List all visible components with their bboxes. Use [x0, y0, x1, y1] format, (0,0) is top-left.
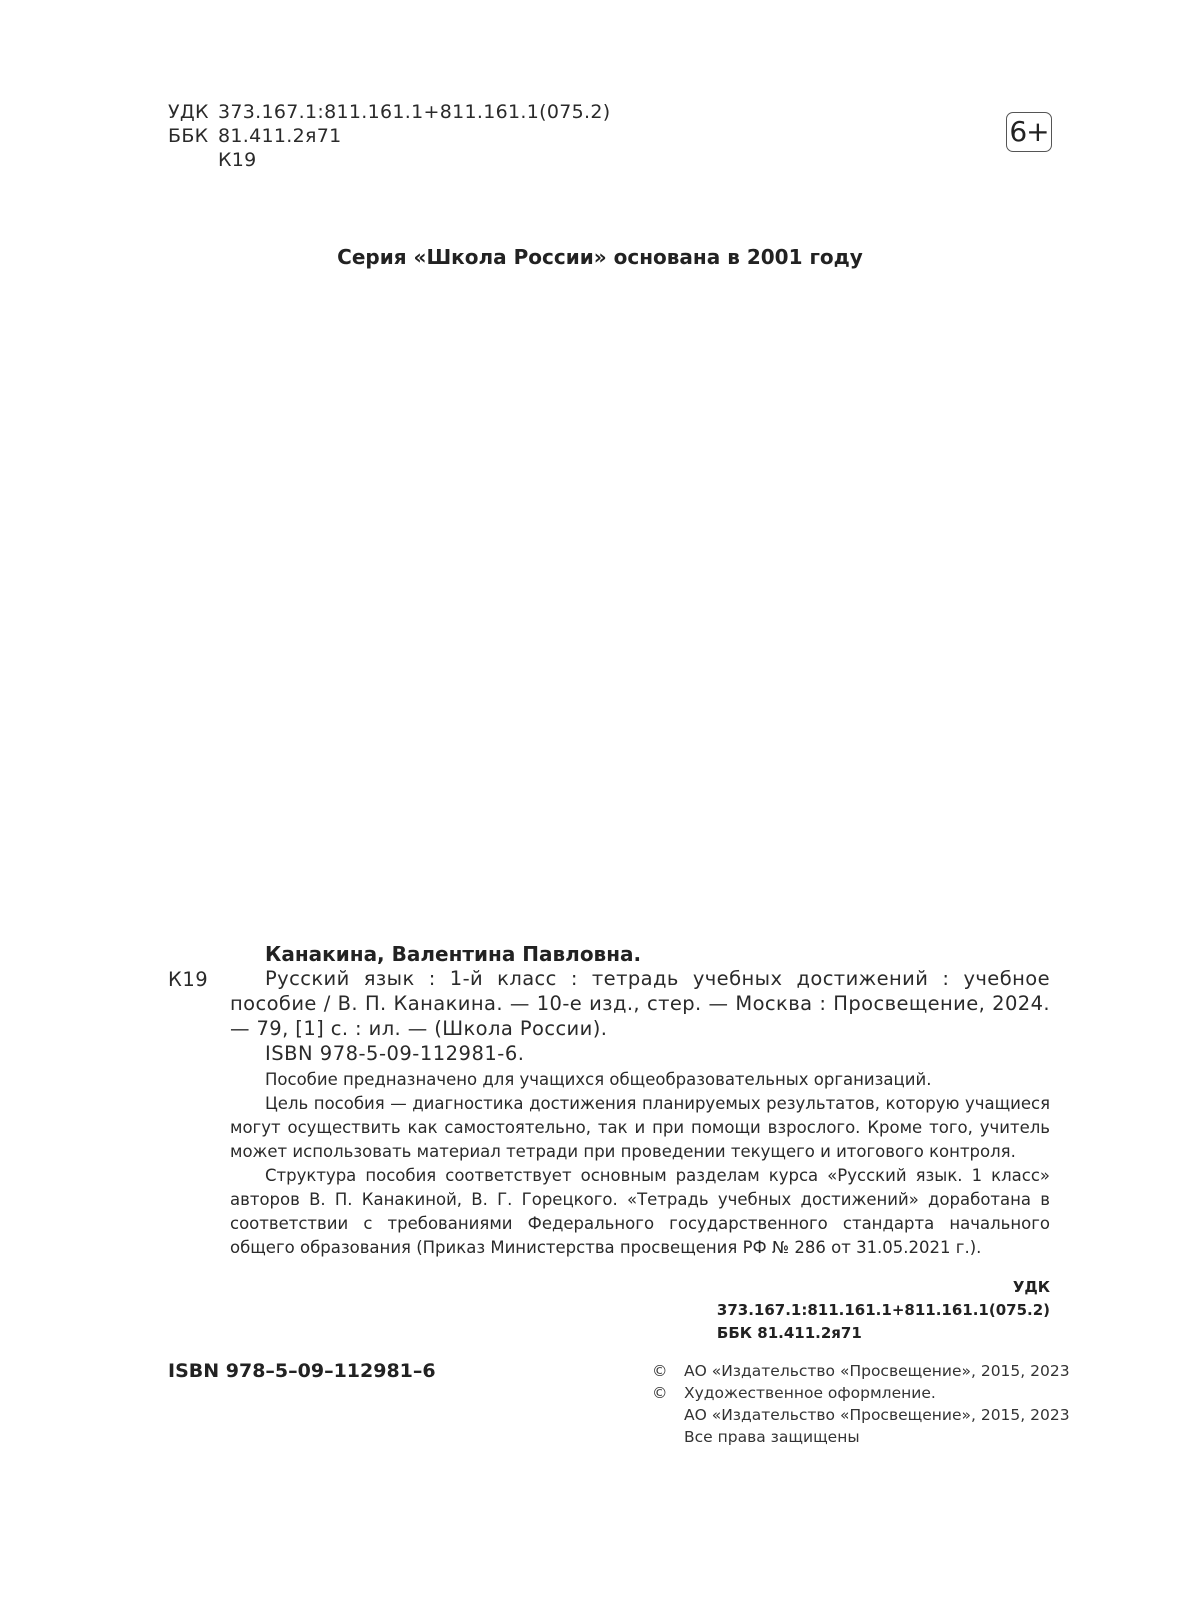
catalog-isbn: ISBN 978-5-09-112981-6.	[265, 1042, 524, 1065]
author-mark: К19	[218, 148, 257, 172]
catalog-bbk: ББК 81.411.2я71	[680, 1322, 1050, 1345]
copyright-line: © Художественное оформление.	[652, 1382, 1070, 1404]
copyright-line: Все права защищены	[652, 1426, 1070, 1448]
copyright-line: АО «Издательство «Просвещение», 2015, 20…	[652, 1404, 1070, 1426]
copyright-block: © АО «Издательство «Просвещение», 2015, …	[652, 1360, 1070, 1448]
classification-codes: УДК 373.167.1:811.161.1+811.161.1(075.2)…	[168, 100, 610, 172]
age-rating-badge: 6+	[1006, 112, 1052, 152]
footer-isbn: ISBN 978–5–09–112981–6	[168, 1360, 436, 1382]
bibliographic-description: Русский язык : 1-й класс : тетрадь учебн…	[230, 966, 1050, 1041]
udk-label: УДК	[168, 100, 218, 124]
udk-row: УДК 373.167.1:811.161.1+811.161.1(075.2)	[168, 100, 610, 124]
catalog-author: Канакина, Валентина Павловна.	[265, 942, 641, 966]
copyright-icon: ©	[652, 1382, 684, 1404]
catalog-codes: УДК 373.167.1:811.161.1+811.161.1(075.2)…	[680, 1276, 1050, 1345]
catalog-author-mark: К19	[168, 968, 208, 991]
udk-value: 373.167.1:811.161.1+811.161.1(075.2)	[218, 100, 610, 124]
copyright-icon: ©	[652, 1360, 684, 1382]
bbk-row: ББК 81.411.2я71	[168, 124, 610, 148]
description-text: Русский язык : 1-й класс : тетрадь учебн…	[230, 967, 1050, 1040]
series-note: Серия «Школа России» основана в 2001 год…	[0, 245, 1200, 269]
copyright-line: © АО «Издательство «Просвещение», 2015, …	[652, 1360, 1070, 1382]
bbk-label: ББК	[168, 124, 218, 148]
author-mark-row: К19	[168, 148, 610, 172]
annotation-paragraph: Цель пособия — диагностика достижения пл…	[230, 1092, 1050, 1164]
annotation-paragraph: Структура пособия соответствует основным…	[230, 1164, 1050, 1260]
annotation-paragraph: Пособие предназначено для учащихся общео…	[230, 1068, 1050, 1092]
bbk-value: 81.411.2я71	[218, 124, 342, 148]
catalog-udk: УДК 373.167.1:811.161.1+811.161.1(075.2)	[680, 1276, 1050, 1322]
annotation: Пособие предназначено для учащихся общео…	[230, 1068, 1050, 1260]
